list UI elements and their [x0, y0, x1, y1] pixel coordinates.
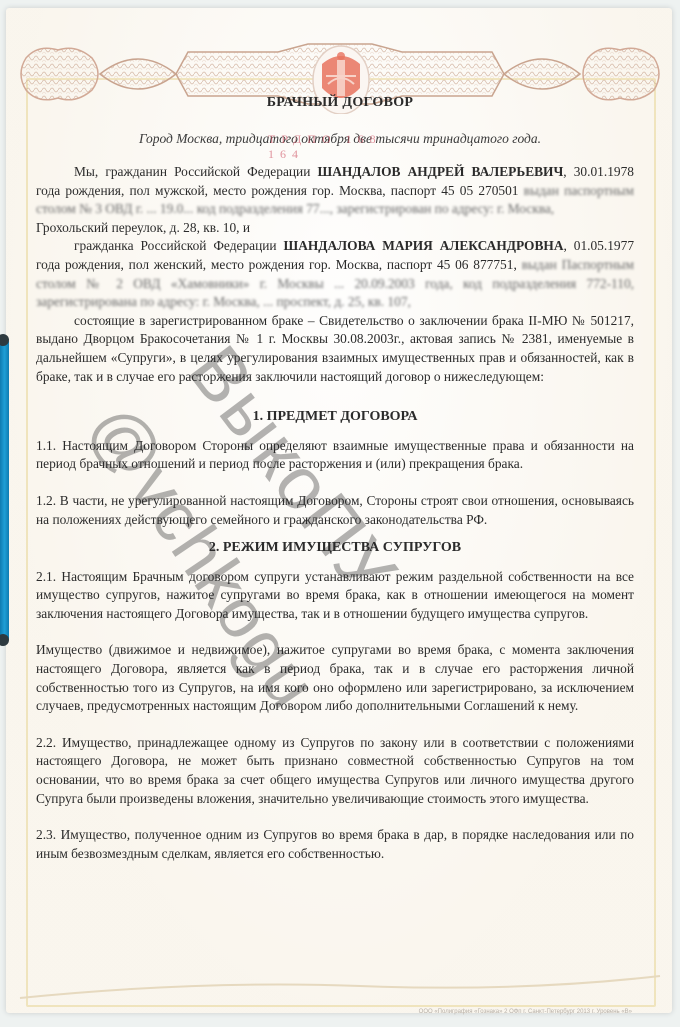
- document-title: БРАЧНЫЙ ДОГОВОР: [0, 95, 680, 111]
- scroll-handle[interactable]: [0, 340, 9, 640]
- document-body: Мы, гражданин Российской Федерации ШАНДА…: [36, 163, 634, 863]
- section-1-heading: 1. ПРЕДМЕТ ДОГОВОРА: [36, 408, 634, 427]
- wife-details-redacted-2: д. 25, кв. 107,: [334, 294, 411, 309]
- clause-2-1-property: Имущество (движимое и недвижимое), нажит…: [36, 641, 634, 715]
- clause-2-2: 2.2. Имущество, принадлежащее одному из …: [36, 734, 634, 808]
- husband-paragraph: Мы, гражданин Российской Федерации ШАНДА…: [36, 163, 634, 219]
- husband-name: ШАНДАЛОВ АНДРЕЙ ВАЛЕРЬЕВИЧ: [317, 164, 563, 179]
- wife-intro: гражданка Российской Федерации: [74, 238, 284, 253]
- section-2-heading: 2. РЕЖИМ ИМУЩЕСТВА СУПРУГОВ: [36, 539, 634, 558]
- page-curl: [0, 968, 680, 1008]
- wife-paragraph: гражданка Российской Федерации ШАНДАЛОВА…: [36, 237, 634, 311]
- wife-name: ШАНДАЛОВА МАРИЯ АЛЕКСАНДРОВНА: [284, 238, 564, 253]
- clause-1-2: 1.2. В части, не урегулированной настоящ…: [36, 492, 634, 529]
- husband-intro: Мы, гражданин Российской Федерации: [74, 164, 317, 179]
- husband-address: Грохольский переулок, д. 28, кв. 10, и: [36, 219, 634, 238]
- clause-2-3: 2.3. Имущество, полученное одним из Супр…: [36, 826, 634, 863]
- clause-2-1: 2.1. Настоящим Брачным договором супруги…: [36, 568, 634, 624]
- printer-imprint: ООО «Полиграфия «Гознака» 2 ОФп г. Санкт…: [419, 1009, 632, 1015]
- stamp-number-overlay: ТРДПО 168 164: [268, 132, 418, 148]
- clause-1-1: 1.1. Настоящим Договором Стороны определ…: [36, 437, 634, 474]
- marriage-paragraph: состоящие в зарегистрированном браке – С…: [36, 312, 634, 386]
